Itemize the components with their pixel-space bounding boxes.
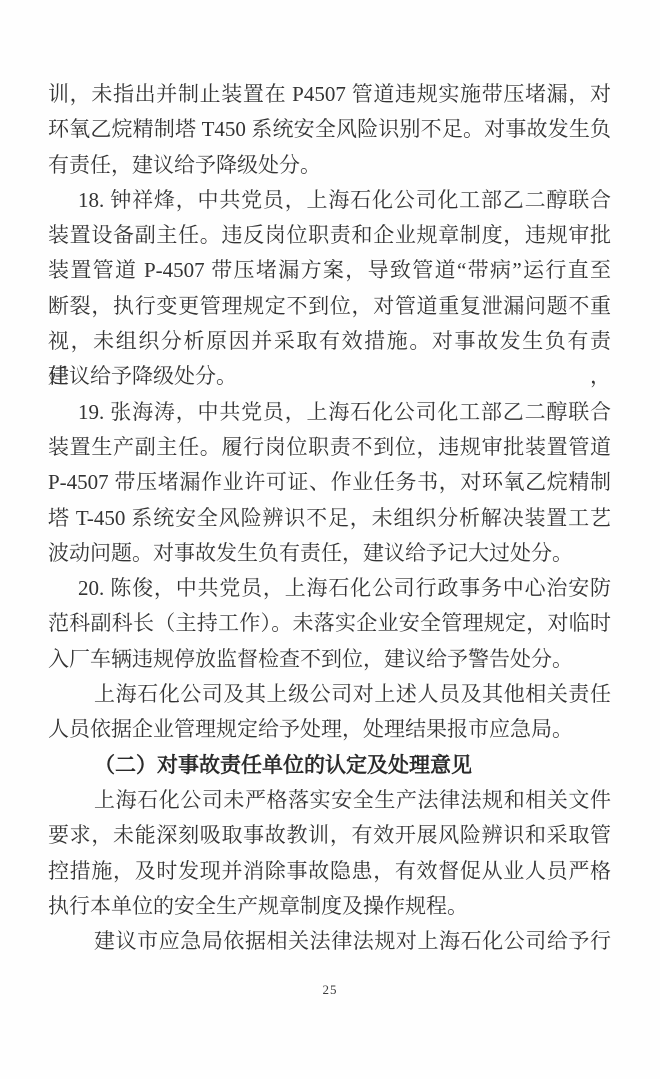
text-line: 有责任，建议给予降级处分。 bbox=[48, 148, 611, 183]
text-line: 装置管道 P-4507 带压堵漏方案，导致管道“带病”运行直至 bbox=[48, 253, 611, 288]
text-line: 视，未组织分析原因并采取有效措施。对事故发生负有责任， bbox=[48, 324, 611, 359]
text-block: 训，未指出并制止装置在 P4507 管道违规实施带压堵漏，对环氧乙烷精制塔 T4… bbox=[48, 77, 611, 959]
page-number: 25 bbox=[0, 982, 660, 998]
text-line: 范科副科长（主持工作）。未落实企业安全管理规定，对临时 bbox=[48, 606, 611, 641]
text-line: 环氧乙烷精制塔 T450 系统安全风险识别不足。对事故发生负 bbox=[48, 112, 611, 147]
text-line: 控措施，及时发现并消除事故隐患，有效督促从业人员严格 bbox=[48, 854, 611, 889]
text-line: 18. 钟祥烽，中共党员，上海石化公司化工部乙二醇联合 bbox=[48, 183, 611, 218]
text-line: 训，未指出并制止装置在 P4507 管道违规实施带压堵漏，对 bbox=[48, 77, 611, 112]
text-line: 装置生产副主任。履行岗位职责不到位，违规审批装置管道 bbox=[48, 430, 611, 465]
text-line: 建议市应急局依据相关法律法规对上海石化公司给予行 bbox=[48, 924, 611, 959]
text-line: P-4507 带压堵漏作业许可证、作业任务书，对环氧乙烷精制 bbox=[48, 465, 611, 500]
text-line: 19. 张海涛，中共党员，上海石化公司化工部乙二醇联合 bbox=[48, 395, 611, 430]
text-line: 塔 T-450 系统安全风险辨识不足，未组织分析解决装置工艺 bbox=[48, 501, 611, 536]
text-line: 断裂，执行变更管理规定不到位，对管道重复泄漏问题不重 bbox=[48, 289, 611, 324]
text-line: 波动问题。对事故发生负有责任，建议给予记大过处分。 bbox=[48, 536, 611, 571]
text-line: 执行本单位的安全生产规章制度及操作规程。 bbox=[48, 889, 611, 924]
document-page: 训，未指出并制止装置在 P4507 管道违规实施带压堵漏，对环氧乙烷精制塔 T4… bbox=[0, 0, 660, 1079]
text-line: 上海石化公司未严格落实安全生产法律法规和相关文件 bbox=[48, 783, 611, 818]
text-line: 人员依据企业管理规定给予处理，处理结果报市应急局。 bbox=[48, 712, 611, 747]
text-line: 上海石化公司及其上级公司对上述人员及其他相关责任 bbox=[48, 677, 611, 712]
text-line: 20. 陈俊，中共党员，上海石化公司行政事务中心治安防 bbox=[48, 571, 611, 606]
text-line: 要求，未能深刻吸取事故教训，有效开展风险辨识和采取管 bbox=[48, 818, 611, 853]
text-line: 入厂车辆违规停放监督检查不到位，建议给予警告处分。 bbox=[48, 642, 611, 677]
text-line: 装置设备副主任。违反岗位职责和企业规章制度，违规审批 bbox=[48, 218, 611, 253]
section-heading: （二）对事故责任单位的认定及处理意见 bbox=[48, 748, 611, 783]
